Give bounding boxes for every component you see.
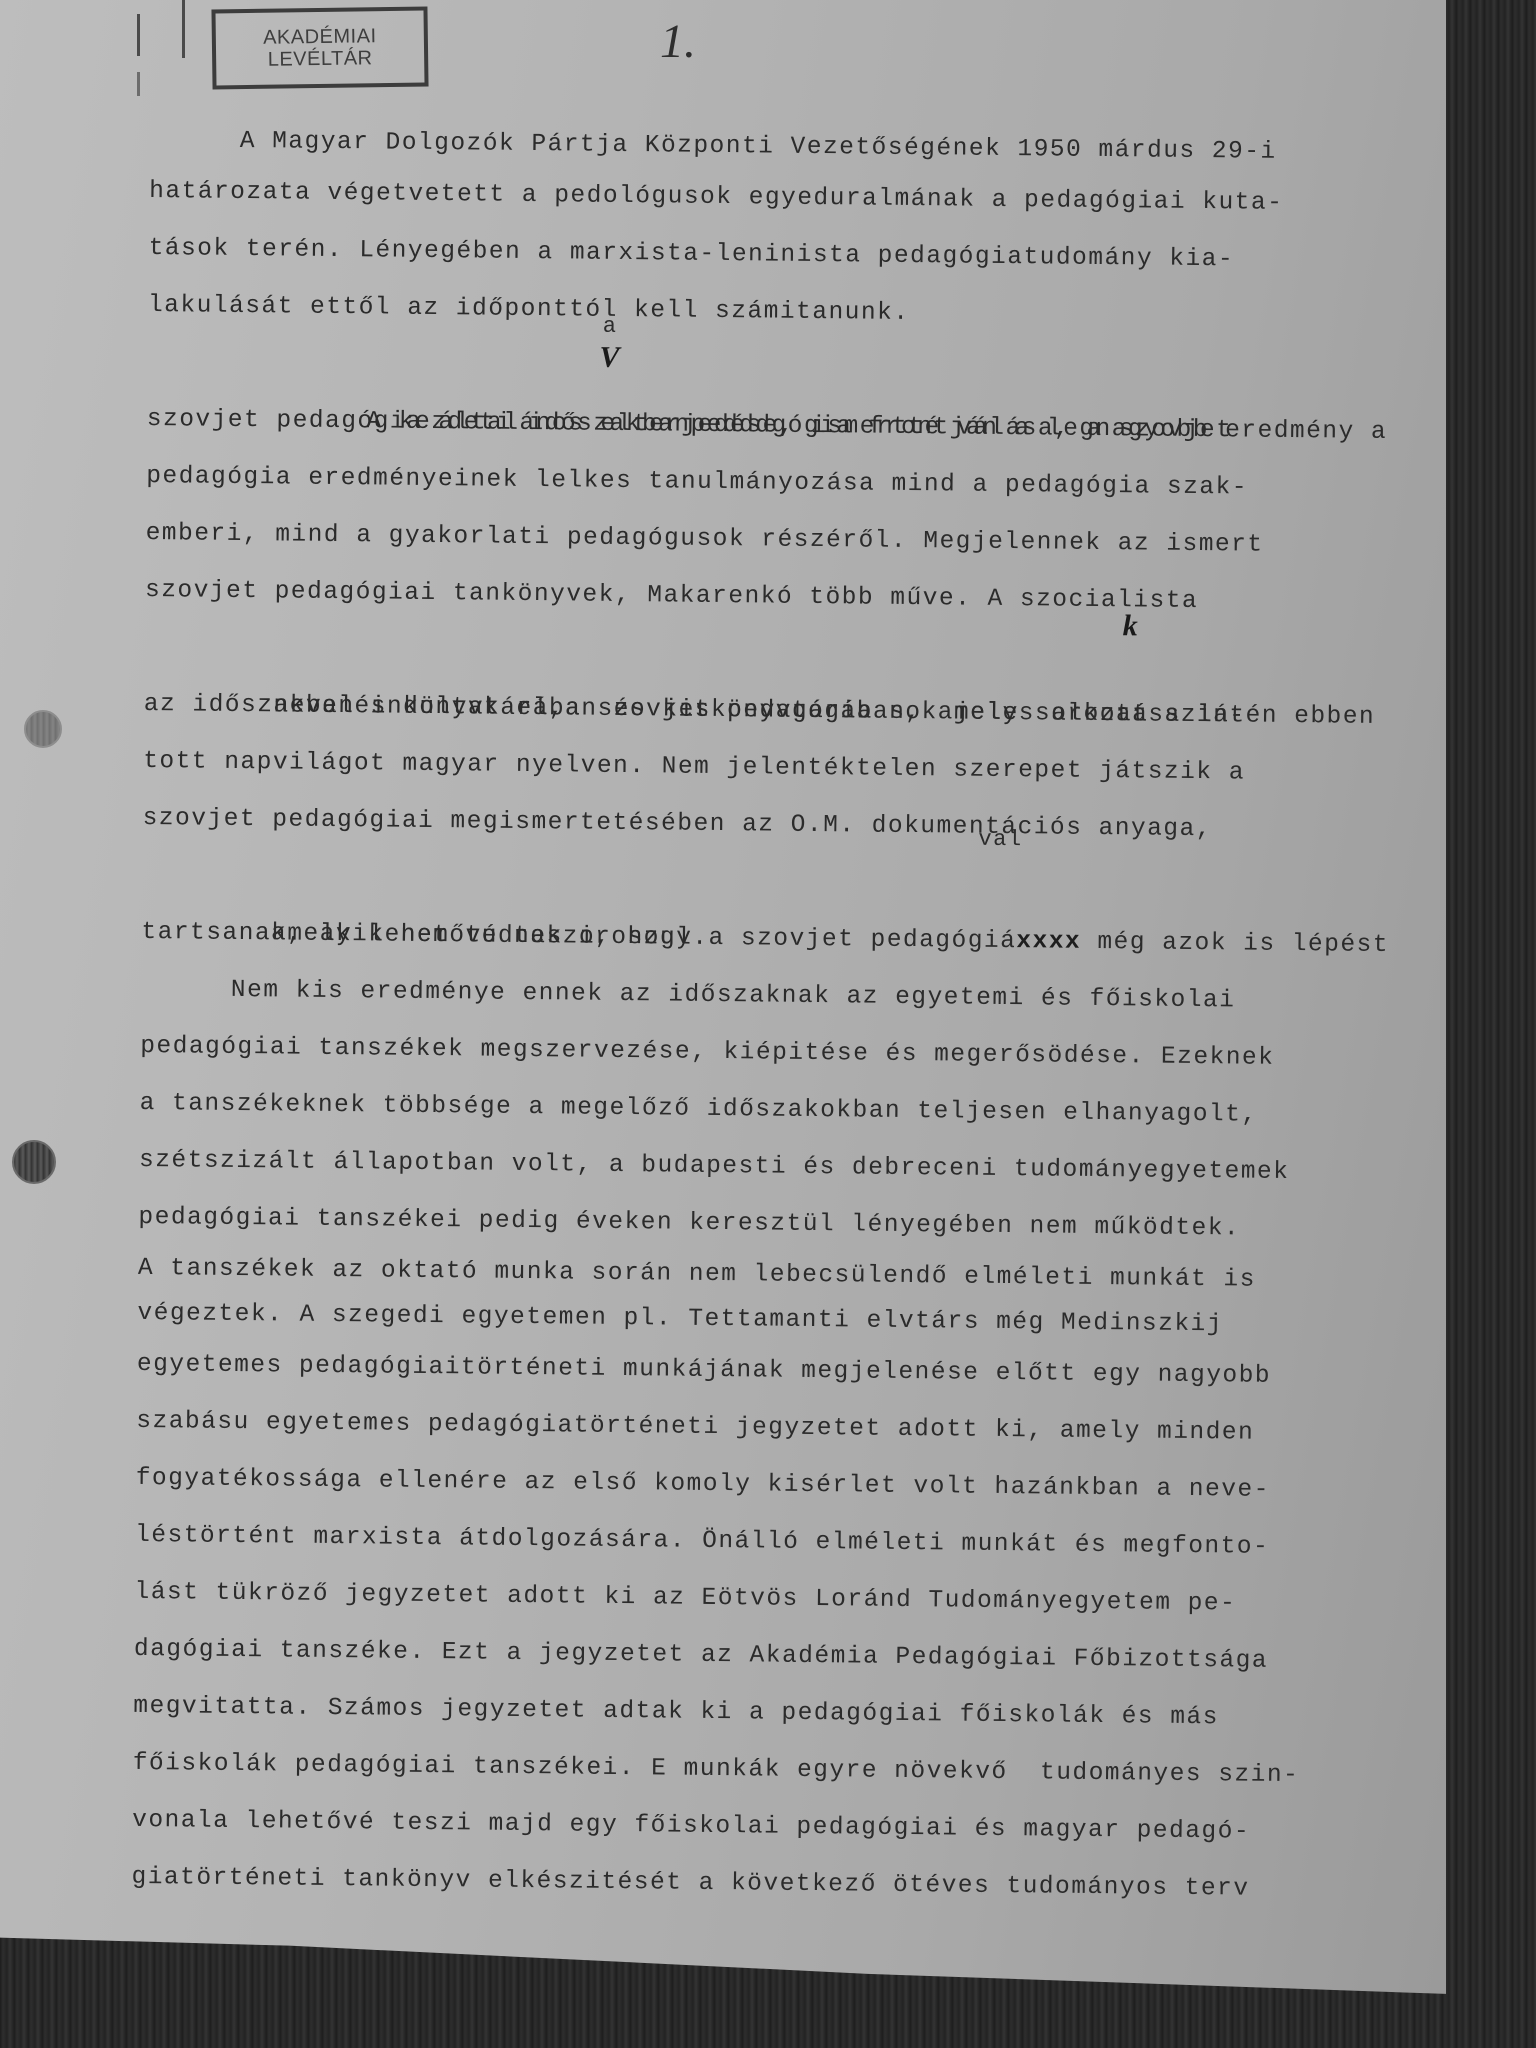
typed-insertion: a [603,317,618,337]
caret-mark-icon: V [599,343,621,373]
handwritten-correction: k [1123,611,1140,641]
punch-hole-icon [12,1140,56,1184]
page-number: 1. [660,14,696,69]
typed-body: A Magyar Dolgozók Pártja Központi Vezető… [131,118,1440,1919]
punch-hole-icon [24,710,62,748]
binder-mark [137,72,140,96]
archive-stamp: AKADÉMIAI LEVÉLTÁR [211,6,428,89]
binder-mark [182,0,185,58]
typed-insertion: val [978,830,1022,850]
scanned-document-scene: AKADÉMIAI LEVÉLTÁR 1. A Magyar Dolgozók … [0,0,1536,2048]
stamp-line-1: AKADÉMIAI [263,25,377,49]
binder-mark [137,14,140,56]
text-line: giatörténeti tankönyv elkészitését a köv… [131,1849,1422,1920]
stamp-line-2: LEVÉLTÁR [268,47,373,70]
paper-sheet: AKADÉMIAI LEVÉLTÁR 1. A Magyar Dolgozók … [0,0,1446,2010]
